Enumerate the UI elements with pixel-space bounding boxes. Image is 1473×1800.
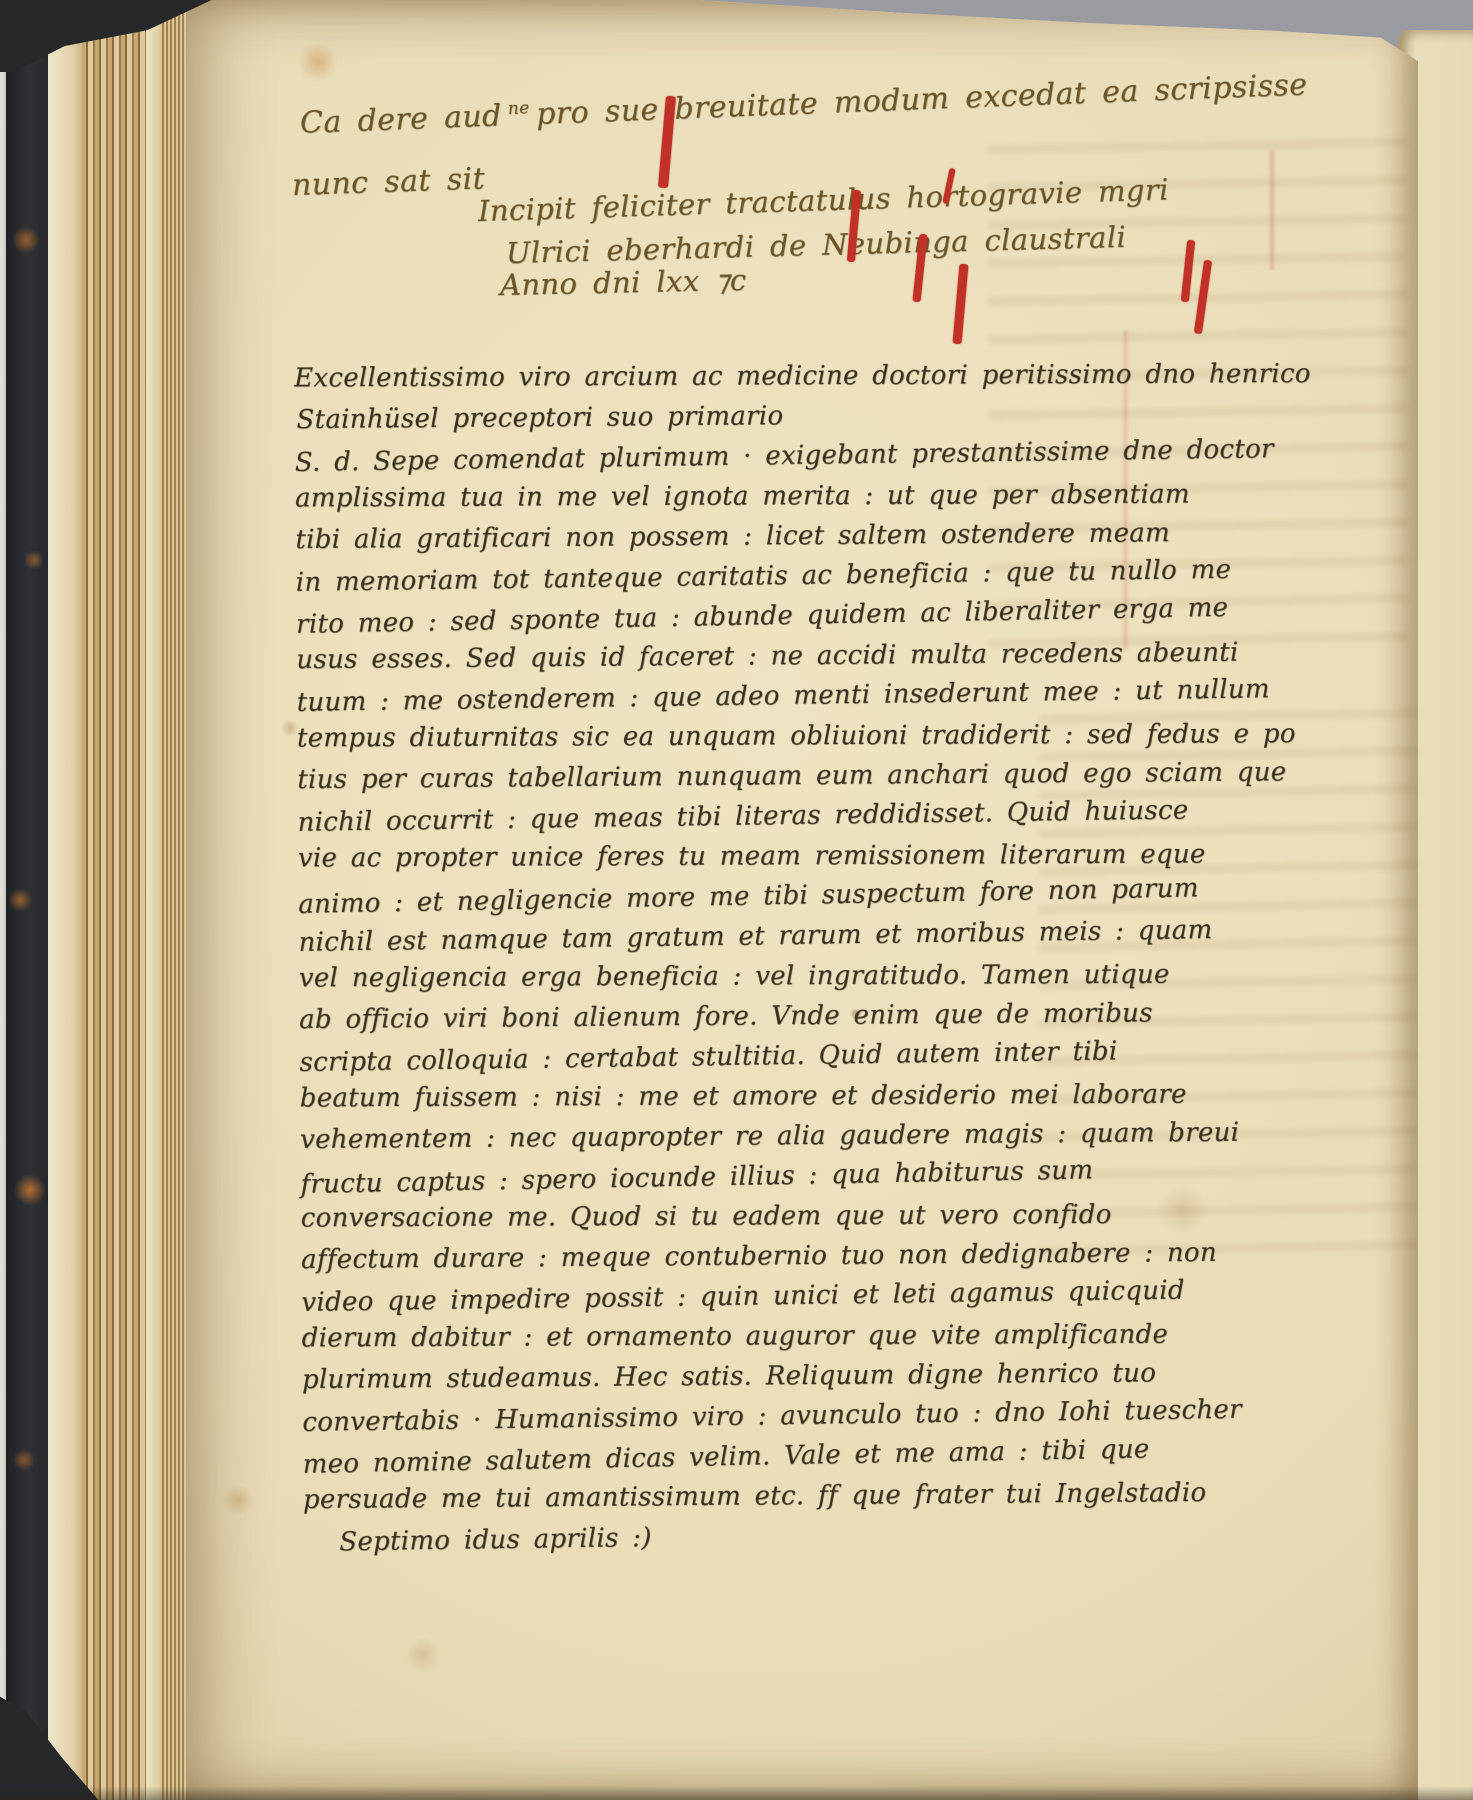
letter-body: Excellentissimo viro arcium ac medicine …: [294, 353, 1223, 1560]
manuscript-page: p aprilia Ca dere aud ne pro sue breuita…: [178, 0, 1418, 1800]
body-line: Excellentissimo viro arcium ac medicine …: [294, 354, 1214, 398]
heading-line-explicit-2: nunc sat sit: [291, 161, 485, 203]
explicit-superscript: ne: [507, 98, 530, 119]
explicit-text-pre: Ca dere aud: [299, 98, 502, 141]
rubric-stroke: [953, 264, 969, 344]
page-edges-band: [48, 0, 82, 1800]
page-edges-striped: [82, 0, 146, 1800]
heading-line-explicit: Ca dere aud ne pro sue breuitate modum e…: [299, 67, 1308, 141]
page-edges-band: [146, 0, 160, 1800]
bleedthrough-red-mark: [1270, 150, 1274, 270]
rubric-stroke: [1194, 260, 1212, 334]
page-edges-fine-striped: [160, 0, 186, 1800]
body-line: dierum dabitur : et ornamento auguror qu…: [302, 1314, 1222, 1358]
heading-line-incipit-2: Ulrici eberhardi de Neubinga claustrali: [506, 220, 1127, 270]
explicit-text-post: pro sue breuitate modum excedat ea scrip…: [536, 67, 1308, 132]
body-line: amplissima tua in me vel ignota merita :…: [295, 474, 1215, 518]
heading-line-incipit-1: Incipit feliciter tractatulus hortogravi…: [477, 172, 1169, 228]
folio-note: p aprilia: [1126, 3, 1190, 20]
book-cover-edge: [6, 0, 48, 1800]
body-line: conversacione me. Quod si tu eadem que u…: [301, 1194, 1221, 1238]
body-line: beatum fuissem : nisi : me et amore et d…: [300, 1074, 1220, 1118]
body-line: vel negligencia erga beneficia : vel ing…: [299, 954, 1219, 998]
manuscript-photo: p aprilia Ca dere aud ne pro sue breuita…: [0, 0, 1473, 1800]
bottom-shadow: [0, 1786, 1473, 1800]
rubric-stroke: [1181, 240, 1195, 302]
body-line: tempus diuturnitas sic ea unquam obliuio…: [297, 714, 1217, 758]
heading-line-incipit-3: Anno dni lxx ⁊c: [500, 263, 747, 302]
